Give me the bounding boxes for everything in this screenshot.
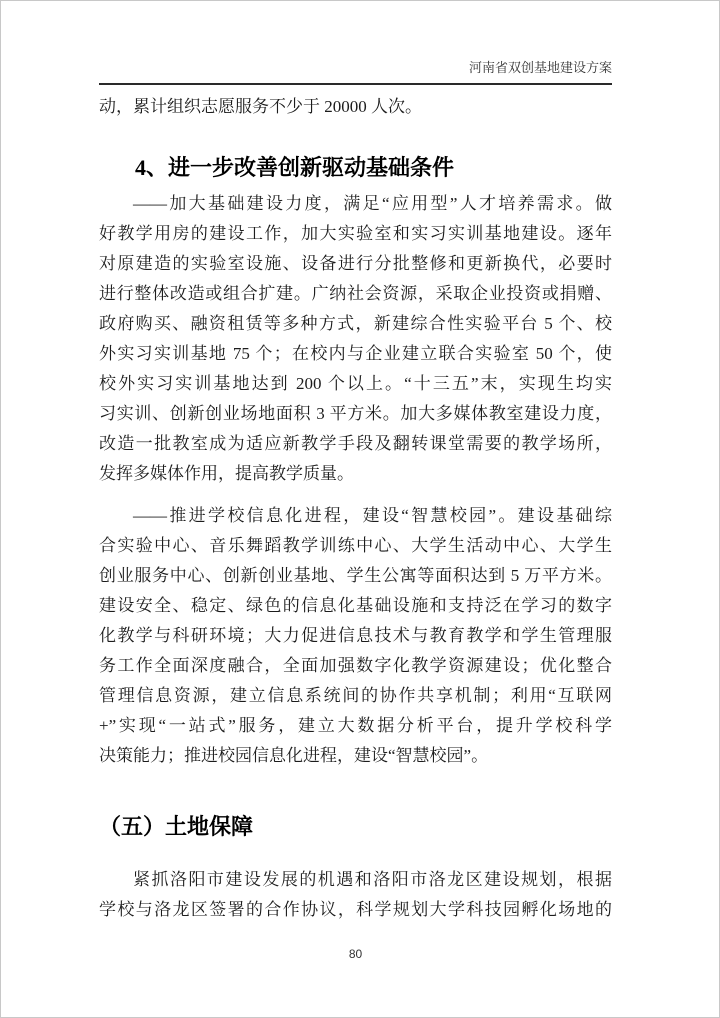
text-line: 创业服务中心、创新创业基地、学生公寓等面积达到 5 万平方米。 — [99, 561, 612, 591]
document-page: 河南省双创基地建设方案 动，累计组织志愿服务不少于 20000 人次。 4、进一… — [0, 0, 720, 1018]
text-line: ——推进学校信息化进程，建设“智慧校园”。建设基础综 — [99, 501, 612, 531]
paragraph-land: 紧抓洛阳市建设发展的机遇和洛阳市洛龙区建设规划，根据学校与洛龙区签署的合作协议，… — [99, 865, 612, 925]
page-number: 80 — [99, 947, 612, 961]
text-line: 校外实习实训基地达到 200 个以上。“十三五”末，实现生均实 — [99, 369, 612, 399]
text-line: 对原建造的实验室设施、设备进行分批整修和更新换代，必要时 — [99, 249, 612, 279]
text-line: 动，累计组织志愿服务不少于 20000 人次。 — [99, 92, 612, 122]
text-line: ——加大基础建设力度，满足“应用型”人才培养需求。做 — [99, 189, 612, 219]
text-line: 发挥多媒体作用，提高教学质量。 — [99, 459, 612, 489]
text-line: 进行整体改造或组合扩建。广纳社会资源，采取企业投资或捐赠、 — [99, 279, 612, 309]
heading-section-5: （五）土地保障 — [99, 812, 612, 842]
paragraph-informatization: ——推进学校信息化进程，建设“智慧校园”。建设基础综合实验中心、音乐舞蹈教学训练… — [99, 501, 612, 771]
text-line: 决策能力；推进校园信息化进程，建设“智慧校园”。 — [99, 741, 612, 771]
text-line: 务工作全面深度融合，全面加强数字化教学资源建设；优化整合 — [99, 651, 612, 681]
text-line: 习实训、创新创业场地面积 3 平方米。加大多媒体教室建设力度， — [99, 399, 612, 429]
text-line: 合实验中心、音乐舞蹈教学训练中心、大学生活动中心、大学生 — [99, 531, 612, 561]
text-line: 建设安全、稳定、绿色的信息化基础设施和支持泛在学习的数字 — [99, 591, 612, 621]
text-line: 化教学与科研环境；大力促进信息技术与教育教学和学生管理服 — [99, 621, 612, 651]
paragraph-infrastructure: ——加大基础建设力度，满足“应用型”人才培养需求。做好教学用房的建设工作，加大实… — [99, 189, 612, 489]
text-line: +”实现“一站式”服务，建立大数据分析平台，提升学校科学 — [99, 711, 612, 741]
text-line: 政府购买、融资租赁等多种方式，新建综合性实验平台 5 个、校 — [99, 309, 612, 339]
heading-section-4: 4、进一步改善创新驱动基础条件 — [135, 153, 612, 183]
text-line: 紧抓洛阳市建设发展的机遇和洛阳市洛龙区建设规划，根据 — [99, 865, 612, 895]
paragraph-continuation: 动，累计组织志愿服务不少于 20000 人次。 — [99, 92, 612, 122]
page-header: 河南省双创基地建设方案 — [99, 60, 612, 85]
text-line: 改造一批教室成为适应新教学手段及翻转课堂需要的教学场所， — [99, 429, 612, 459]
text-line: 学校与洛龙区签署的合作协议，科学规划大学科技园孵化场地的 — [99, 895, 612, 925]
text-line: 外实习实训基地 75 个；在校内与企业建立联合实验室 50 个，使 — [99, 339, 612, 369]
text-line: 管理信息资源，建立信息系统间的协作共享机制；利用“互联网 — [99, 681, 612, 711]
text-line: 好教学用房的建设工作，加大实验室和实习实训基地建设。逐年 — [99, 219, 612, 249]
header-title: 河南省双创基地建设方案 — [469, 60, 612, 75]
